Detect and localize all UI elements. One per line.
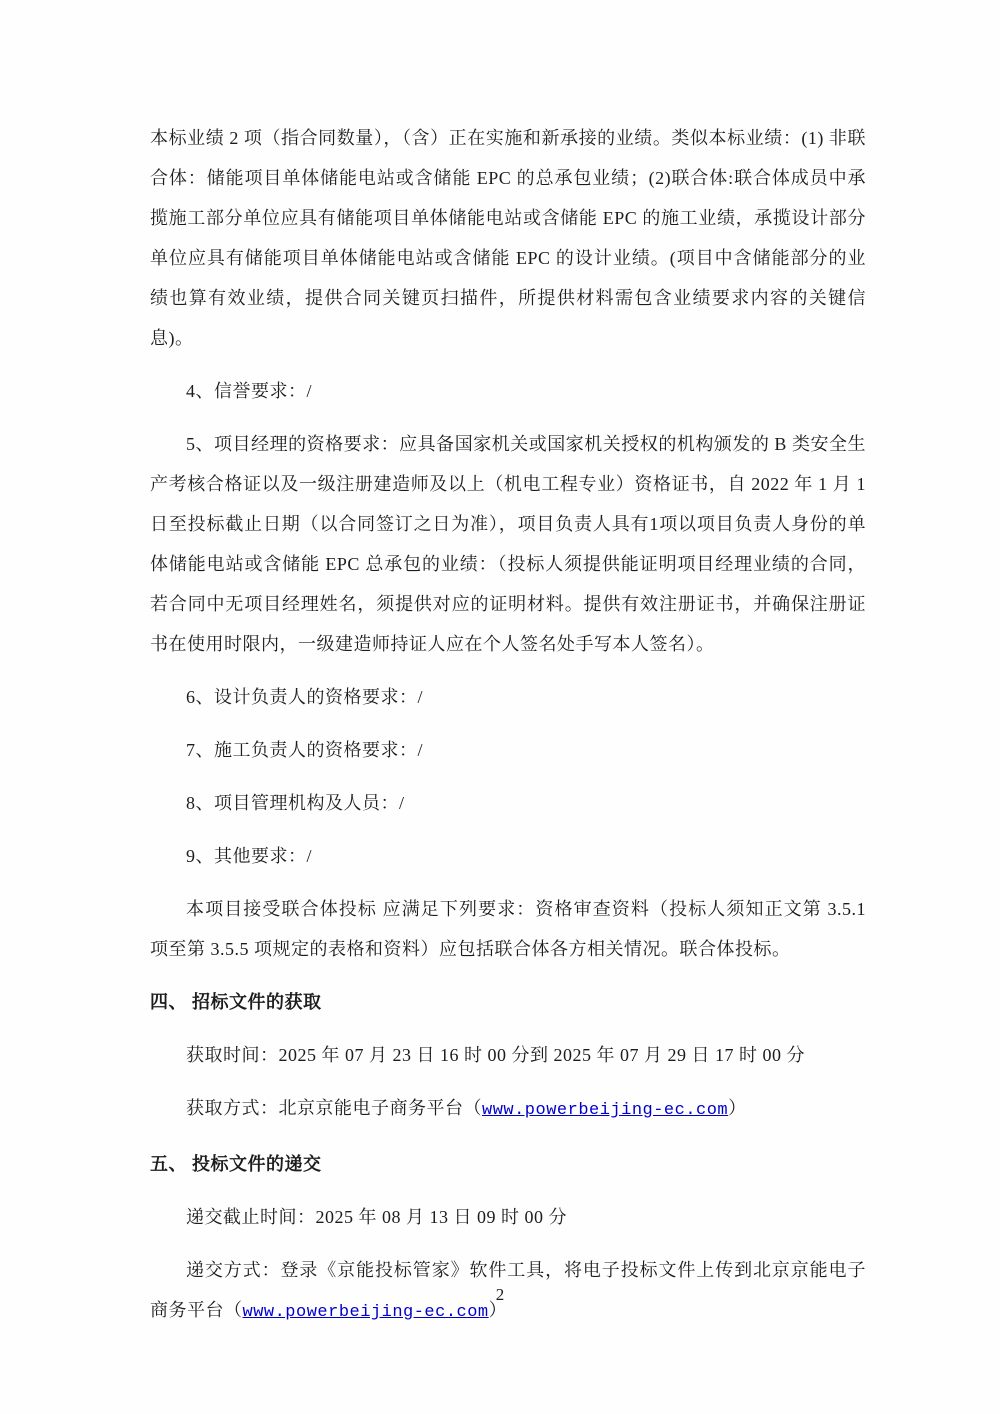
document-content: 本标业绩 2 项（指合同数量），（含）正在实施和新承接的业绩。类似本标业绩：(1…	[150, 118, 866, 1346]
obtain-time-line: 获取时间：2025 年 07 月 23 日 16 时 00 分到 2025 年 …	[150, 1035, 866, 1075]
paragraph-consortium-bidding: 本项目接受联合体投标 应满足下列要求：资格审查资料（投标人须知正文第 3.5.1…	[150, 889, 866, 969]
paragraph-performance-requirements: 本标业绩 2 项（指合同数量），（含）正在实施和新承接的业绩。类似本标业绩：(1…	[150, 118, 866, 358]
obtain-method-line: 获取方式：北京京能电子商务平台（www.powerbeijing-ec.com）	[150, 1088, 866, 1131]
page-number: 2	[0, 1283, 1000, 1307]
document-page: 本标业绩 2 项（指合同数量），（含）正在实施和新承接的业绩。类似本标业绩：(1…	[0, 0, 1000, 1414]
item-7-construction-lead-requirement: 7、施工负责人的资格要求：/	[150, 730, 866, 770]
obtain-method-suffix: ）	[728, 1098, 747, 1118]
item-4-credit-requirement: 4、信誉要求：/	[150, 371, 866, 411]
item-9-other-requirement: 9、其他要求：/	[150, 836, 866, 876]
section-4-heading-document-obtaining: 四、 招标文件的获取	[150, 982, 866, 1022]
submit-deadline-line: 递交截止时间：2025 年 08 月 13 日 09 时 00 分	[150, 1197, 866, 1237]
item-8-management-org-requirement: 8、项目管理机构及人员：/	[150, 783, 866, 823]
item-6-design-lead-requirement: 6、设计负责人的资格要求：/	[150, 677, 866, 717]
powerbeijing-platform-link[interactable]: www.powerbeijing-ec.com	[482, 1101, 728, 1120]
obtain-method-prefix: 获取方式：北京京能电子商务平台（	[186, 1098, 482, 1118]
section-5-heading-bid-submission: 五、 投标文件的递交	[150, 1144, 866, 1184]
item-5-project-manager-requirement: 5、项目经理的资格要求：应具备国家机关或国家机关授权的机构颁发的 B 类安全生产…	[150, 424, 866, 664]
